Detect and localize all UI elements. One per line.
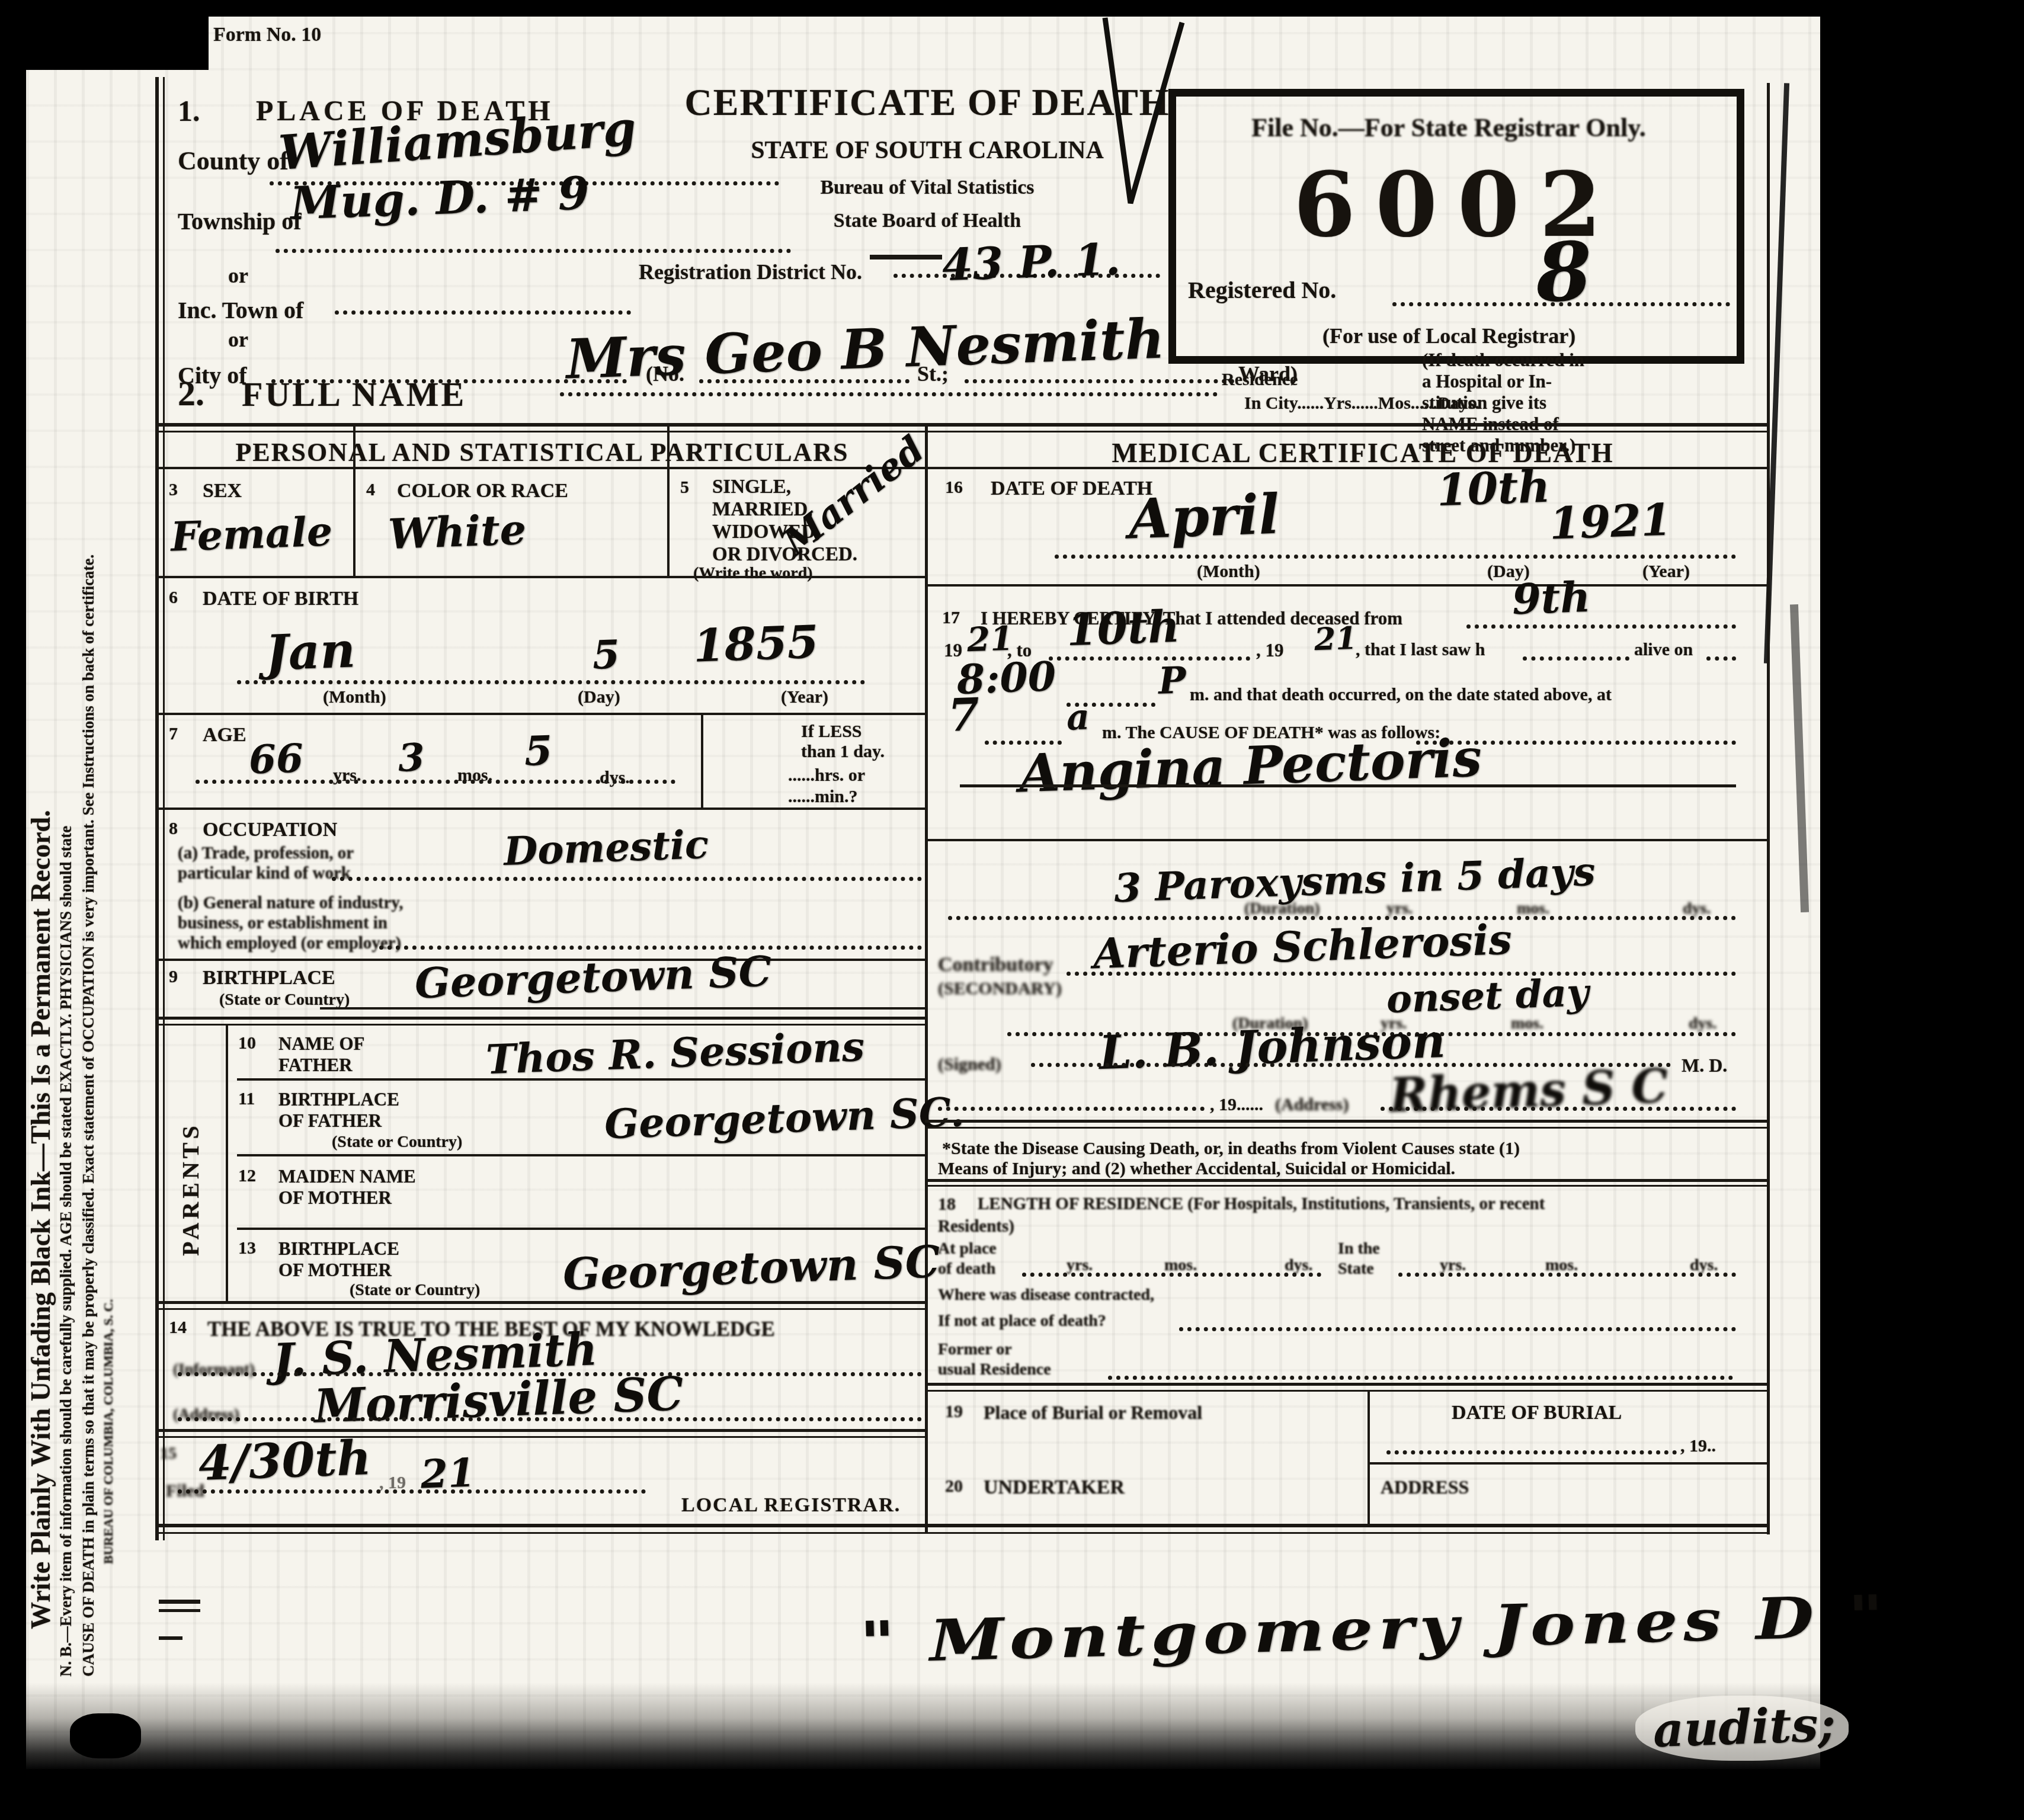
dob-number: 6 — [169, 588, 178, 608]
age-cell-divider — [701, 713, 703, 808]
duration-leader — [948, 916, 1736, 920]
filed-leader — [178, 1489, 646, 1494]
violent-causes-note-line1: *State the Disease Causing Death, or, in… — [942, 1139, 1520, 1159]
rule-burial-bottom — [1368, 1462, 1770, 1465]
hospital-note-line1: (If death occurred in — [1422, 350, 1584, 371]
full-name-leader — [560, 392, 1218, 396]
marital-number: 5 — [680, 478, 689, 498]
occupation-b-leader — [379, 946, 922, 950]
rule-note-bottom — [925, 1179, 1770, 1182]
ward-leader — [1141, 379, 1234, 383]
next-cert-mark3 — [159, 1636, 182, 1640]
dob-month-caption: (Month) — [323, 687, 386, 707]
registration-district-handwritten: 43 P. 1. — [941, 234, 1122, 291]
father-bp-row-rule — [237, 1154, 925, 1156]
parents-gutter-rule — [226, 1024, 228, 1302]
local-registrar-use-note: (For use of Local Registrar) — [1322, 323, 1575, 348]
knowledge-number: 14 — [169, 1318, 187, 1338]
age-months-handwritten: 3 — [398, 735, 425, 781]
in-the-line1: In the — [1338, 1239, 1380, 1258]
scan-edge-top-left — [0, 0, 209, 70]
next-cert-mark2 — [159, 1609, 200, 1612]
inc-town-label: Inc. Town of — [178, 296, 303, 324]
rule-residence-bottom2 — [925, 1390, 1770, 1392]
inc-town-leader — [335, 310, 631, 315]
rule-residence-bottom — [925, 1383, 1770, 1386]
township-handwritten: Mug. D. # 9 — [290, 166, 590, 230]
certify-number: 17 — [942, 608, 960, 628]
certify-to-leader — [1049, 656, 1250, 661]
contributory-leader — [1067, 972, 1736, 976]
margin-nb-note-line1: N. B.—Every item of information should b… — [57, 255, 75, 1677]
certify-to-handwritten: 10th — [1066, 601, 1181, 656]
registered-number-handwritten: 8 — [1534, 224, 1593, 321]
rule-certify-bottom2 — [925, 1127, 1770, 1129]
or-label-2: or — [228, 327, 248, 352]
dod-number: 16 — [945, 478, 963, 498]
dob-day-caption: (Day) — [578, 687, 620, 707]
certify-lastsaw-printed: , that I last saw h — [1356, 640, 1485, 660]
marital-line4: OR DIVORCED. — [712, 544, 857, 566]
occupation-a-leader — [332, 877, 922, 881]
margin-permanent-record-note: Write Plainly With Unfading Black Ink—Th… — [25, 160, 56, 1629]
left-column-header: PERSONAL AND STATISTICAL PARTICULARS — [178, 437, 907, 467]
occupation-handwritten: Domestic — [503, 821, 709, 874]
next-cert-mark1 — [159, 1600, 200, 1604]
death-certificate-scan: Write Plainly With Unfading Black Ink—Th… — [0, 0, 2024, 1820]
local-registrar-label: LOCAL REGISTRAR. — [681, 1494, 901, 1517]
sex-number: 3 — [169, 480, 178, 500]
physician-address-label: (Address) — [1275, 1095, 1349, 1115]
certify-aliveon-leader — [1706, 656, 1736, 661]
age-hrs-line: ......hrs. or — [788, 765, 865, 786]
residence18-number: 18 — [938, 1194, 956, 1215]
registered-no-label: Registered No. — [1188, 276, 1336, 304]
sex-handwritten: Female — [170, 508, 334, 560]
section1-number: 1. — [178, 94, 200, 128]
mother-bp-label-line2: OF MOTHER — [278, 1260, 392, 1281]
certify-from-handwritten: 9th — [1511, 572, 1591, 624]
age-leader — [196, 780, 675, 784]
signed-date-leader — [938, 1107, 1205, 1111]
age-dys-label: dys. — [600, 768, 630, 788]
sex-label: SEX — [203, 480, 242, 502]
scan-edge-bottom — [0, 1769, 2024, 1820]
signed-year-printed: , 19...... — [1210, 1095, 1263, 1115]
birthplace-number: 9 — [169, 967, 178, 987]
occupation-b-line2: business, or establishment in — [178, 914, 387, 933]
rule-parents-bottom — [155, 1301, 925, 1304]
former-residence-leader — [1108, 1376, 1733, 1380]
father-bp-number: 11 — [238, 1089, 255, 1109]
margin-nb-note-line2: CAUSE OF DEATH in plain terms so that it… — [79, 255, 98, 1677]
violent-causes-note-line2: Means of Injury; and (2) whether Acciden… — [938, 1159, 1455, 1179]
father-row-rule — [237, 1078, 925, 1081]
former-residence-line1: Former or — [938, 1340, 1012, 1359]
dod-year-caption: (Year) — [1642, 562, 1690, 582]
or-label-1: or — [228, 263, 248, 288]
mother-label-line2: OF MOTHER — [278, 1187, 392, 1209]
cell-divider-sex-race — [353, 425, 356, 577]
mother-row-rule — [237, 1228, 925, 1230]
date-of-burial-leader — [1386, 1450, 1677, 1454]
where-contracted-label: Where was disease contracted, — [938, 1286, 1154, 1305]
occupation-number: 8 — [169, 819, 178, 839]
scan-edge-left — [0, 0, 26, 1820]
parents-vertical-label: PARENTS — [177, 1078, 204, 1256]
dod-year-handwritten: 1921 — [1549, 494, 1673, 549]
hospital-note-line4: NAME instead of — [1422, 414, 1559, 435]
column-divider — [925, 423, 928, 1532]
at-place-leader — [1022, 1273, 1321, 1277]
form-bottom-rule — [155, 1524, 1770, 1527]
contrib-mos-label: mos. — [1511, 1014, 1543, 1033]
if-not-label: If not at place of death? — [938, 1312, 1106, 1331]
occupation-b-line1: (b) General nature of industry, — [178, 893, 403, 913]
rule-parents-bottom2 — [155, 1308, 925, 1310]
rule-dod-bottom — [925, 584, 1770, 587]
residence18-title-line2: Residents) — [938, 1217, 1014, 1236]
age-number: 7 — [169, 724, 178, 744]
undertaker-address-label: ADDRESS — [1381, 1476, 1469, 1498]
dod-day-handwritten: 10th — [1436, 462, 1551, 517]
age-less-line1: If LESS — [801, 722, 862, 742]
age-min-line: ......min.? — [788, 787, 858, 807]
father-label-line1: NAME OF — [278, 1033, 365, 1055]
registered-no-leader — [1392, 302, 1730, 306]
dob-year-handwritten: 1855 — [693, 615, 820, 672]
rule-note-bottom2 — [925, 1185, 1770, 1187]
rule-certify-bottom — [925, 1120, 1770, 1123]
right-column-header: MEDICAL CERTIFICATE OF DEATH — [1007, 437, 1718, 469]
hospital-note-line2: a Hospital or In- — [1422, 371, 1552, 392]
scan-edge-top — [0, 0, 2024, 17]
dob-month-handwritten: Jan — [264, 621, 356, 681]
undertaker-number: 20 — [945, 1476, 963, 1497]
corner-handwritten-fragment: audits; — [1652, 1696, 1836, 1758]
if-not-leader — [1179, 1327, 1736, 1331]
mother-bp-label-line1: BIRTHPLACE — [278, 1238, 399, 1260]
marital-line1: SINGLE, — [712, 476, 791, 498]
file-box-title: File No.—For State Registrar Only. — [1191, 113, 1706, 143]
father-bp-label-line2: OF FATHER — [278, 1110, 382, 1132]
birthplace-label: BIRTHPLACE — [203, 967, 335, 989]
scan-edge-right — [1820, 0, 2024, 1820]
in-state-leader — [1398, 1273, 1736, 1277]
residence-in-city-line: In City......Yrs......Mos......Days. — [1244, 393, 1479, 414]
mother-bp-hint: (State or Country) — [350, 1281, 480, 1300]
certify-aliveon-printed: alive on — [1634, 640, 1693, 660]
lastsaw-ampm-handwritten: P — [1158, 658, 1187, 703]
age-label: AGE — [203, 724, 246, 746]
dob-label: DATE OF BIRTH — [203, 588, 358, 610]
signed-label: (Signed) — [938, 1055, 1001, 1075]
occupation-label: OCCUPATION — [203, 819, 337, 841]
dod-leader — [1055, 555, 1736, 559]
secondary-label: (SECONDARY) — [938, 979, 1062, 999]
certify-lastsaw-leader — [1523, 656, 1629, 661]
margin-printer-imprint: BUREAU OF COLUMBIA, COLUMBIA, S. C. — [101, 924, 116, 1564]
father-number: 10 — [238, 1033, 256, 1053]
mother-number: 12 — [238, 1166, 256, 1186]
cell-divider-race-marital — [667, 425, 670, 577]
rule-birthplace-bottom — [155, 1017, 925, 1020]
race-label: COLOR OR RACE — [397, 480, 568, 502]
occupation-a-line1: (a) Trade, profession, or — [178, 844, 354, 863]
age-days-handwritten: 5 — [524, 727, 553, 776]
form-bottom-rule2 — [155, 1532, 1770, 1534]
form-border-right — [1767, 83, 1770, 1534]
occupation-b-line3: which employed (or employer) — [178, 934, 401, 953]
undertaker-label: UNDERTAKER — [984, 1476, 1125, 1499]
contributory-duration-handwritten: onset day — [1386, 970, 1590, 1022]
dod-month-handwritten: April — [1128, 482, 1280, 552]
rule-dob-bottom — [155, 713, 925, 715]
rule-age-bottom — [155, 808, 925, 810]
father-bp-label-line1: BIRTHPLACE — [278, 1089, 399, 1110]
father-label-line2: FATHER — [278, 1055, 353, 1076]
cause-underline — [960, 784, 1736, 787]
section2-number: 2. — [178, 373, 204, 414]
cause-writing-line2 — [925, 839, 1770, 841]
street-leader — [965, 379, 1133, 383]
at-place-line1: At place — [938, 1239, 997, 1258]
burial-label: Place of Burial or Removal — [984, 1402, 1202, 1424]
rule-informant-bottom — [155, 1429, 925, 1432]
dob-day-handwritten: 5 — [592, 631, 621, 678]
form-number: Form No. 10 — [213, 24, 321, 46]
dob-leader — [237, 680, 865, 684]
md-label: M. D. — [1682, 1055, 1727, 1076]
dob-year-caption: (Year) — [781, 687, 828, 707]
marital-hint: (Write the word) — [693, 564, 813, 583]
death-ampm-handwritten: a — [1066, 696, 1090, 738]
former-residence-line2: usual Residence — [938, 1360, 1051, 1379]
filed-date-handwritten: 4/30th — [197, 1430, 372, 1491]
mother-bp-number: 13 — [238, 1238, 256, 1258]
full-name-label: FULL NAME — [242, 374, 466, 414]
county-label: County of — [178, 146, 289, 176]
certify-from-leader — [1466, 624, 1736, 629]
mother-label-line1: MAIDEN NAME — [278, 1166, 416, 1187]
birthplace-underline — [320, 1007, 925, 1010]
residence-label: Residence — [1222, 370, 1298, 390]
dod-month-caption: (Month) — [1197, 562, 1260, 582]
in-the-line2: State — [1338, 1260, 1374, 1279]
at-place-line2: of death — [938, 1260, 995, 1279]
burial-number: 19 — [945, 1402, 963, 1422]
burial-year-printed: , 19.. — [1680, 1436, 1716, 1456]
contributory-label: Contributory — [938, 954, 1053, 976]
race-handwritten: White — [387, 505, 527, 559]
rule-rowA-bottom — [155, 576, 925, 578]
township-label: Township of — [178, 207, 302, 235]
certify-year2-printed: , 19 — [1256, 640, 1284, 661]
filed-number: 15 — [160, 1444, 177, 1463]
certify-year2-handwritten: 21 — [1314, 620, 1357, 658]
residence18-title-line1: LENGTH OF RESIDENCE (For Hospitals, Inst… — [978, 1194, 1545, 1214]
informant-address-leader — [178, 1417, 922, 1421]
death-time-handwritten: 7 — [947, 688, 980, 742]
date-of-burial-label: DATE OF BURIAL — [1452, 1402, 1622, 1424]
registration-district-label: Registration District No. — [639, 259, 862, 284]
physician-address-leader — [1381, 1107, 1736, 1111]
age-years-handwritten: 66 — [248, 735, 305, 783]
burial-cell-divider — [1368, 1390, 1370, 1526]
contrib-dys-label: dys. — [1689, 1014, 1716, 1033]
death-occurred-printed: m. and that death occurred, on the date … — [1190, 685, 1612, 705]
scan-blot — [70, 1713, 141, 1758]
father-bp-hint: (State or Country) — [332, 1133, 462, 1152]
occupation-a-line2: particular kind of work — [178, 864, 351, 883]
township-leader — [276, 249, 791, 253]
physician-address-handwritten: Rhems S C — [1389, 1059, 1669, 1123]
race-number: 4 — [366, 480, 375, 500]
scan-bottom-smudge — [26, 1683, 1820, 1771]
title-underline — [870, 255, 942, 259]
age-less-line2: than 1 day. — [801, 742, 885, 762]
